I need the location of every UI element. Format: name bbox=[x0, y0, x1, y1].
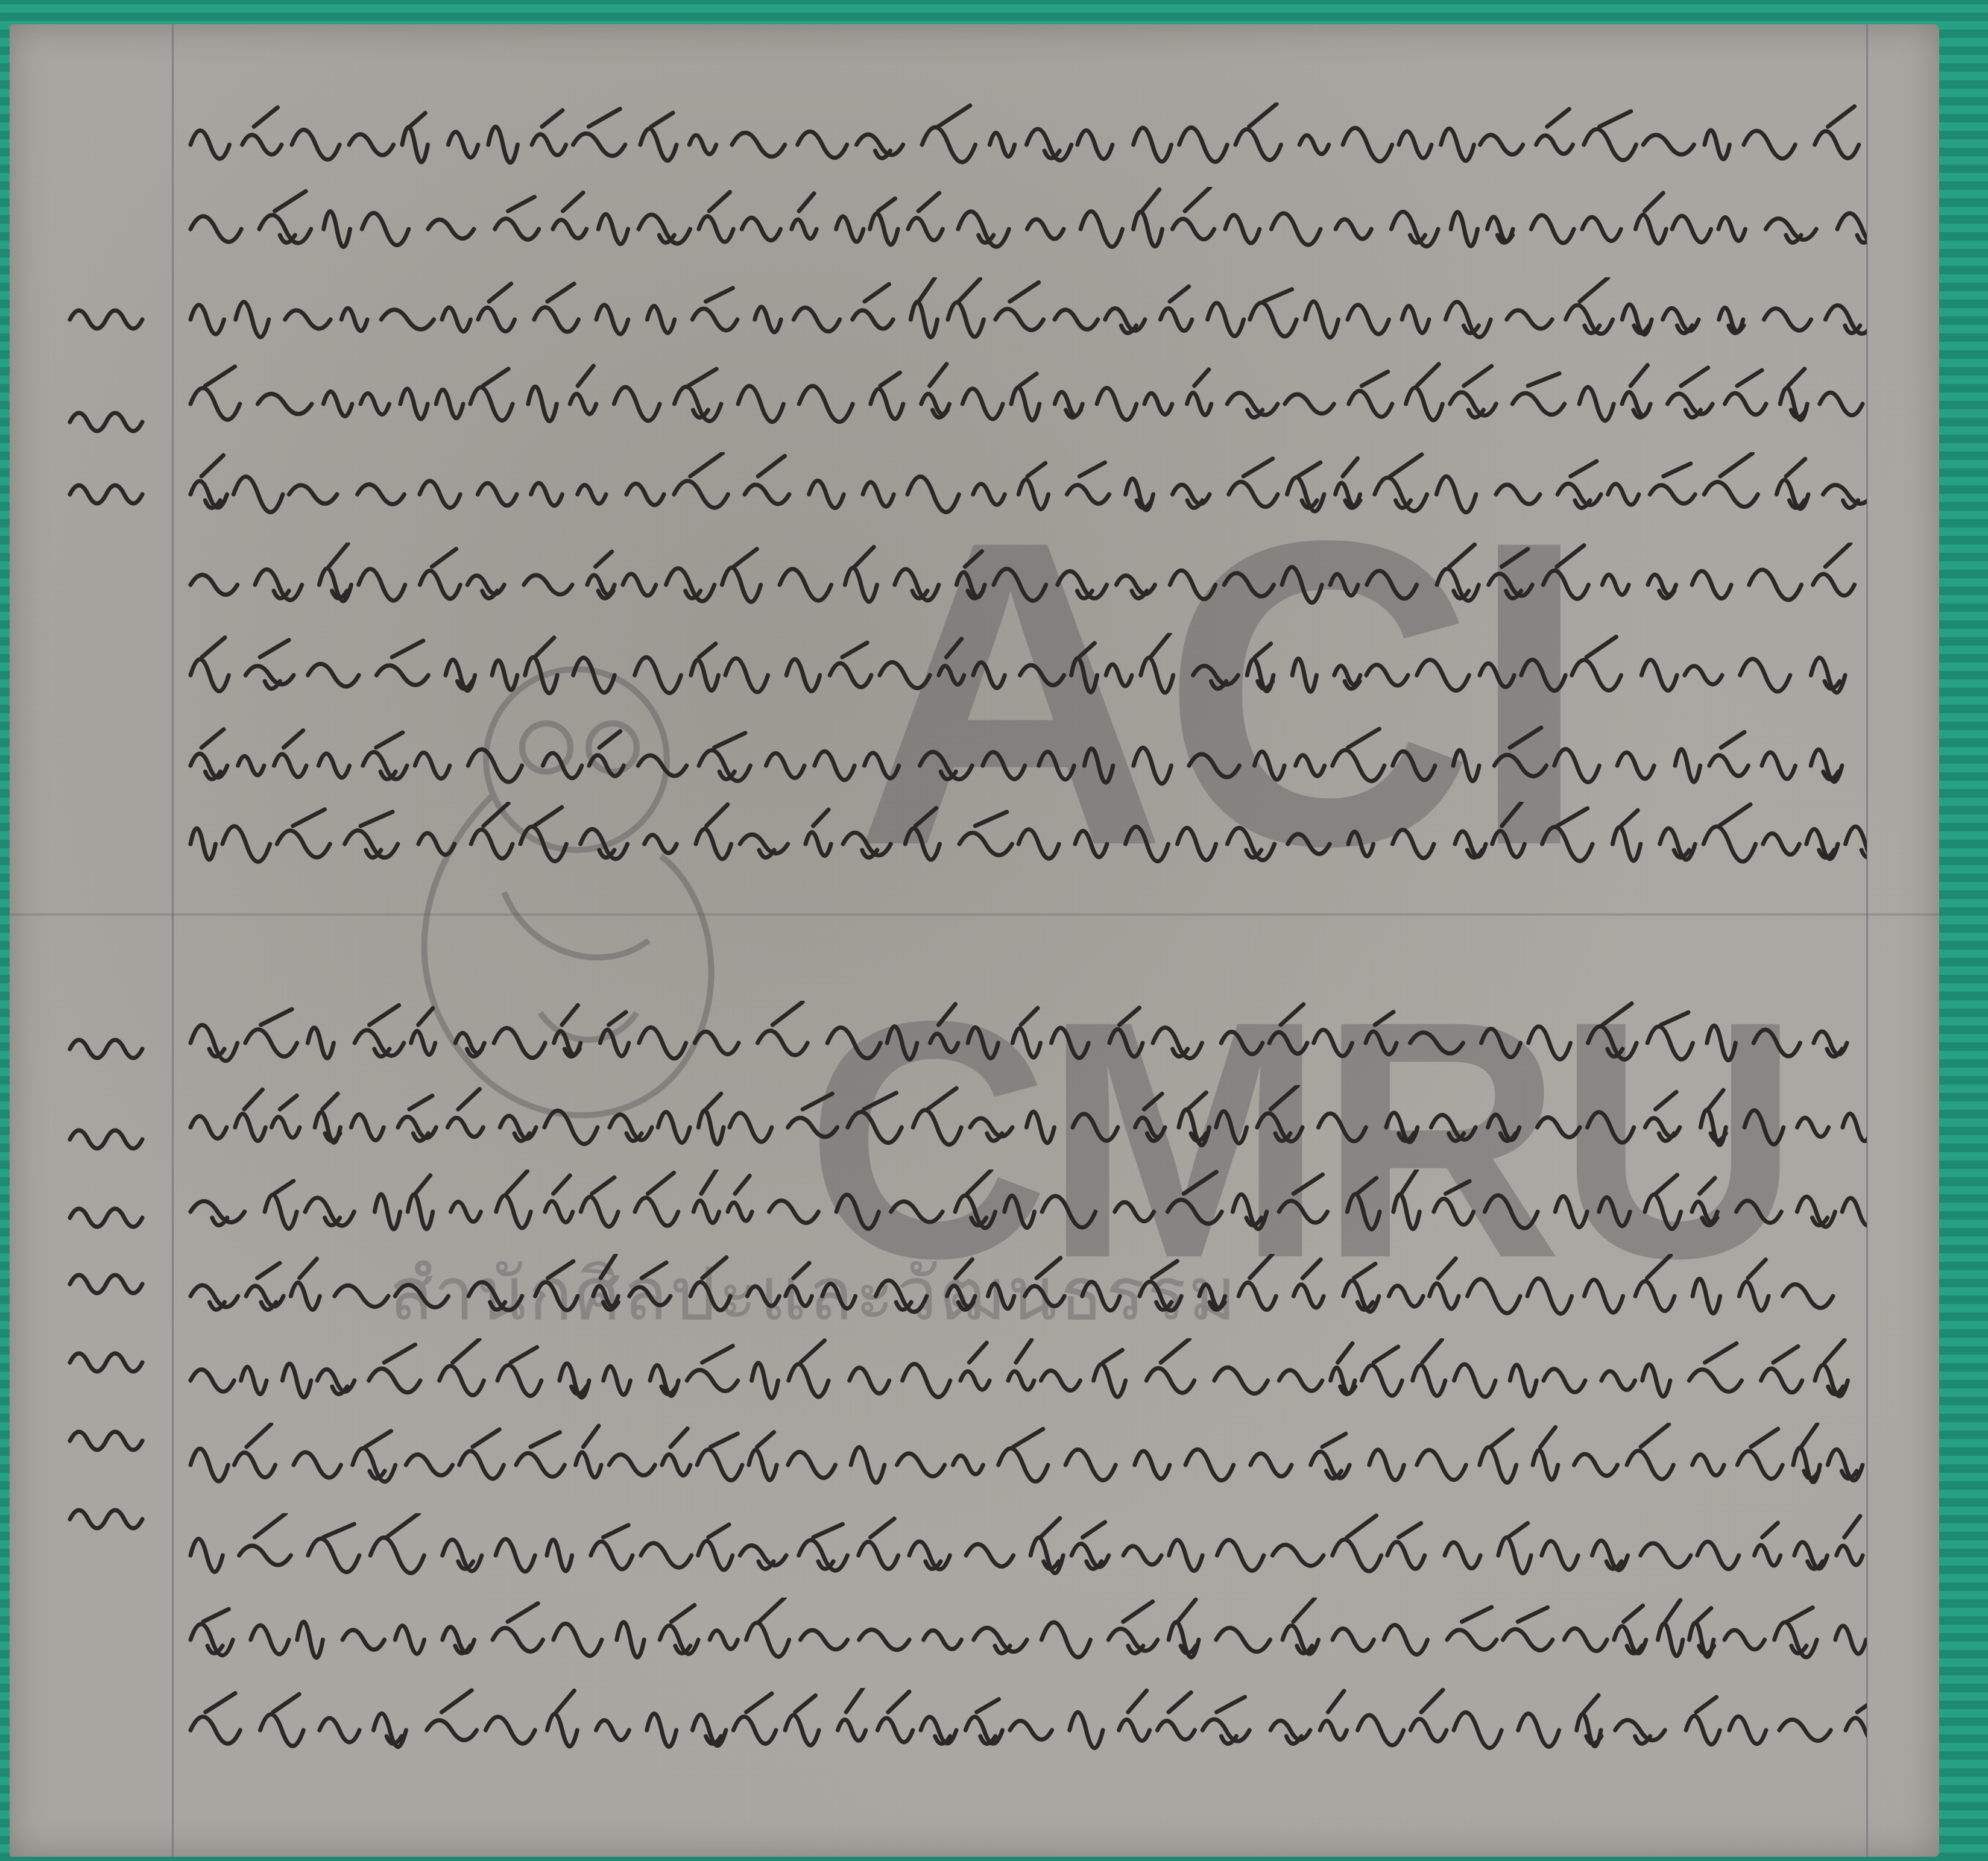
margin-note bbox=[64, 1248, 166, 1302]
manuscript-line bbox=[185, 1170, 1867, 1242]
manuscript-line bbox=[185, 543, 1867, 615]
margin-note bbox=[64, 1405, 166, 1459]
manuscript-line bbox=[185, 1338, 1867, 1411]
manuscript-line bbox=[185, 1513, 1867, 1585]
manuscript-line bbox=[185, 1001, 1867, 1073]
manuscript-line bbox=[185, 102, 1867, 175]
manuscript-line bbox=[185, 452, 1867, 524]
manuscript-line bbox=[185, 1085, 1867, 1157]
manuscript-line bbox=[185, 1423, 1867, 1495]
manuscript-line bbox=[185, 187, 1867, 259]
margin-note bbox=[64, 1326, 166, 1381]
manuscript-page: ACI CMRU สำนักศิลปะและวัฒนธรรม bbox=[10, 24, 1939, 1857]
manuscript-line bbox=[185, 1254, 1867, 1326]
manuscript-line bbox=[185, 277, 1867, 350]
margin-note bbox=[64, 1013, 166, 1067]
manuscript-line bbox=[185, 723, 1867, 796]
manuscript-line bbox=[185, 633, 1867, 705]
margin-note bbox=[64, 386, 166, 440]
margin-note bbox=[64, 1182, 166, 1236]
left-margin-rule bbox=[172, 24, 174, 1857]
margin-note bbox=[64, 1483, 166, 1537]
manuscript-line bbox=[185, 1598, 1867, 1670]
margin-note bbox=[64, 283, 166, 338]
manuscript-line bbox=[185, 802, 1867, 874]
margin-note bbox=[64, 458, 166, 512]
manuscript-line bbox=[185, 1688, 1867, 1760]
manuscript-line bbox=[185, 362, 1867, 434]
margin-note bbox=[64, 1103, 166, 1157]
